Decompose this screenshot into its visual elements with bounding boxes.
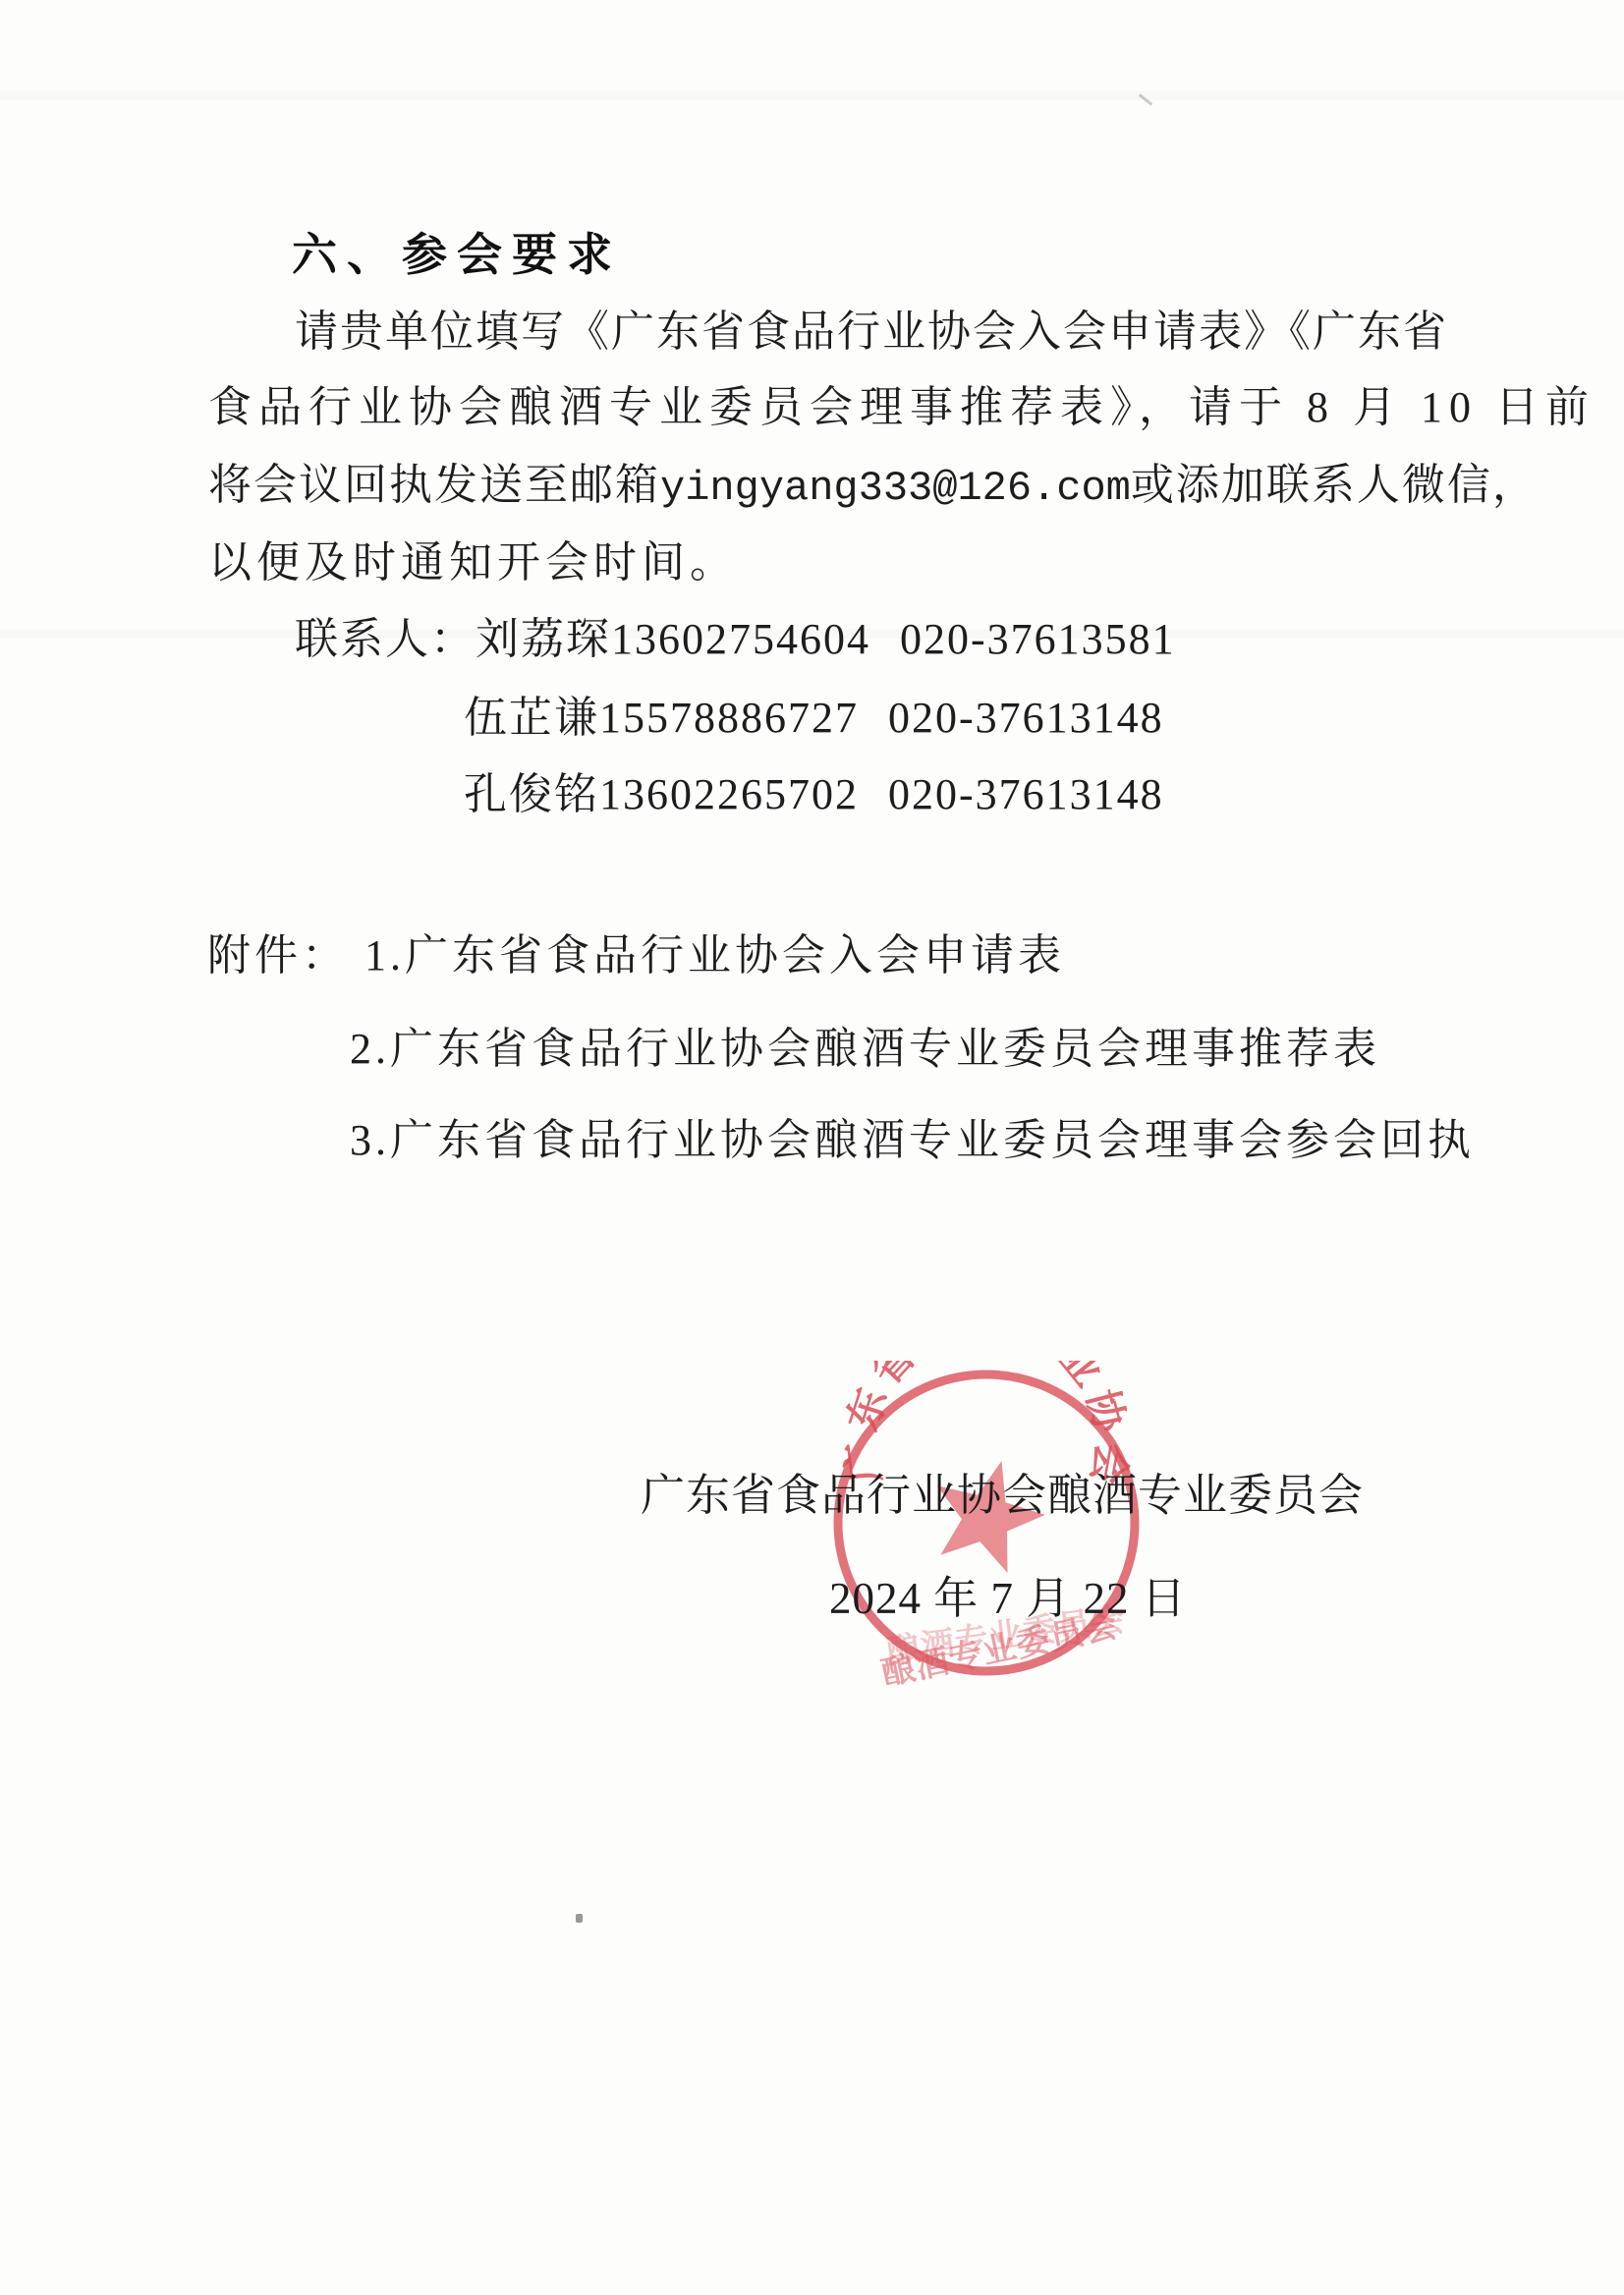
scan-streak (0, 90, 1624, 100)
paragraph-line-3-suffix: 或添加联系人微信， (1131, 461, 1538, 509)
paragraph-line-2: 食品行业协会酿酒专业委员会理事推荐表》，请于 8 月 10 日前 (208, 386, 1596, 429)
scan-speck (576, 1914, 583, 1923)
attachment-row: 附件：1.广东省食品行业协会入会申请表 (207, 934, 1065, 978)
signature-date: 2024 年 7 月 22 日 (829, 1577, 1187, 1621)
attachment-item-1: 1.广东省食品行业协会入会申请表 (364, 931, 1065, 980)
official-stamp: 广东省食品行业协会 酿酒专业委员会 酿酒专业委员会 (824, 1361, 1148, 1685)
contact-telephone: 020-37613148 (888, 770, 1164, 818)
contact-mobile: 13602754604 (611, 615, 870, 663)
attachment-item-2: 2.广东省食品行业协会酿酒专业委员会理事推荐表 (350, 1028, 1380, 1071)
contact-name: 刘荔琛 (476, 615, 611, 663)
contact-row: 孔俊铭13602265702020-37613148 (464, 773, 1164, 816)
email-text: yingyang333@126.com (660, 465, 1131, 512)
paragraph-line-3-prefix: 将会议回执发送至邮箱 (208, 461, 660, 509)
attachment-item-3: 3.广东省食品行业协会酿酒专业委员会理事会参会回执 (350, 1119, 1475, 1162)
stamp-graphic: 广东省食品行业协会 酿酒专业委员会 酿酒专业委员会 (824, 1361, 1148, 1685)
paragraph-line-3: 将会议回执发送至邮箱yingyang333@126.com或添加联系人微信， (208, 464, 1538, 509)
contact-row: 联系人：刘荔琛13602754604020-37613581 (295, 618, 1176, 661)
contact-telephone: 020-37613581 (900, 615, 1176, 663)
signature-org: 广东省食品行业协会酿酒专业委员会 (641, 1474, 1364, 1518)
section-title: 六、参会要求 (292, 232, 622, 277)
contact-row: 伍芷谦15578886727020-37613148 (464, 697, 1164, 740)
attachments-label: 附件： (207, 931, 349, 980)
contact-mobile: 13602265702 (599, 770, 859, 818)
contact-name: 伍芷谦 (464, 694, 599, 742)
contact-telephone: 020-37613148 (888, 694, 1164, 742)
contacts-label: 联系人： (295, 615, 476, 663)
document-page: 六、参会要求 请贵单位填写《广东省食品行业协会入会申请表》《广东省 食品行业协会… (0, 0, 1624, 2295)
paragraph-line-4: 以便及时通知开会时间。 (208, 541, 738, 585)
contact-mobile: 15578886727 (599, 694, 859, 742)
paragraph-line-1: 请贵单位填写《广东省食品行业协会入会申请表》《广东省 (295, 310, 1448, 354)
contact-name: 孔俊铭 (464, 770, 599, 818)
